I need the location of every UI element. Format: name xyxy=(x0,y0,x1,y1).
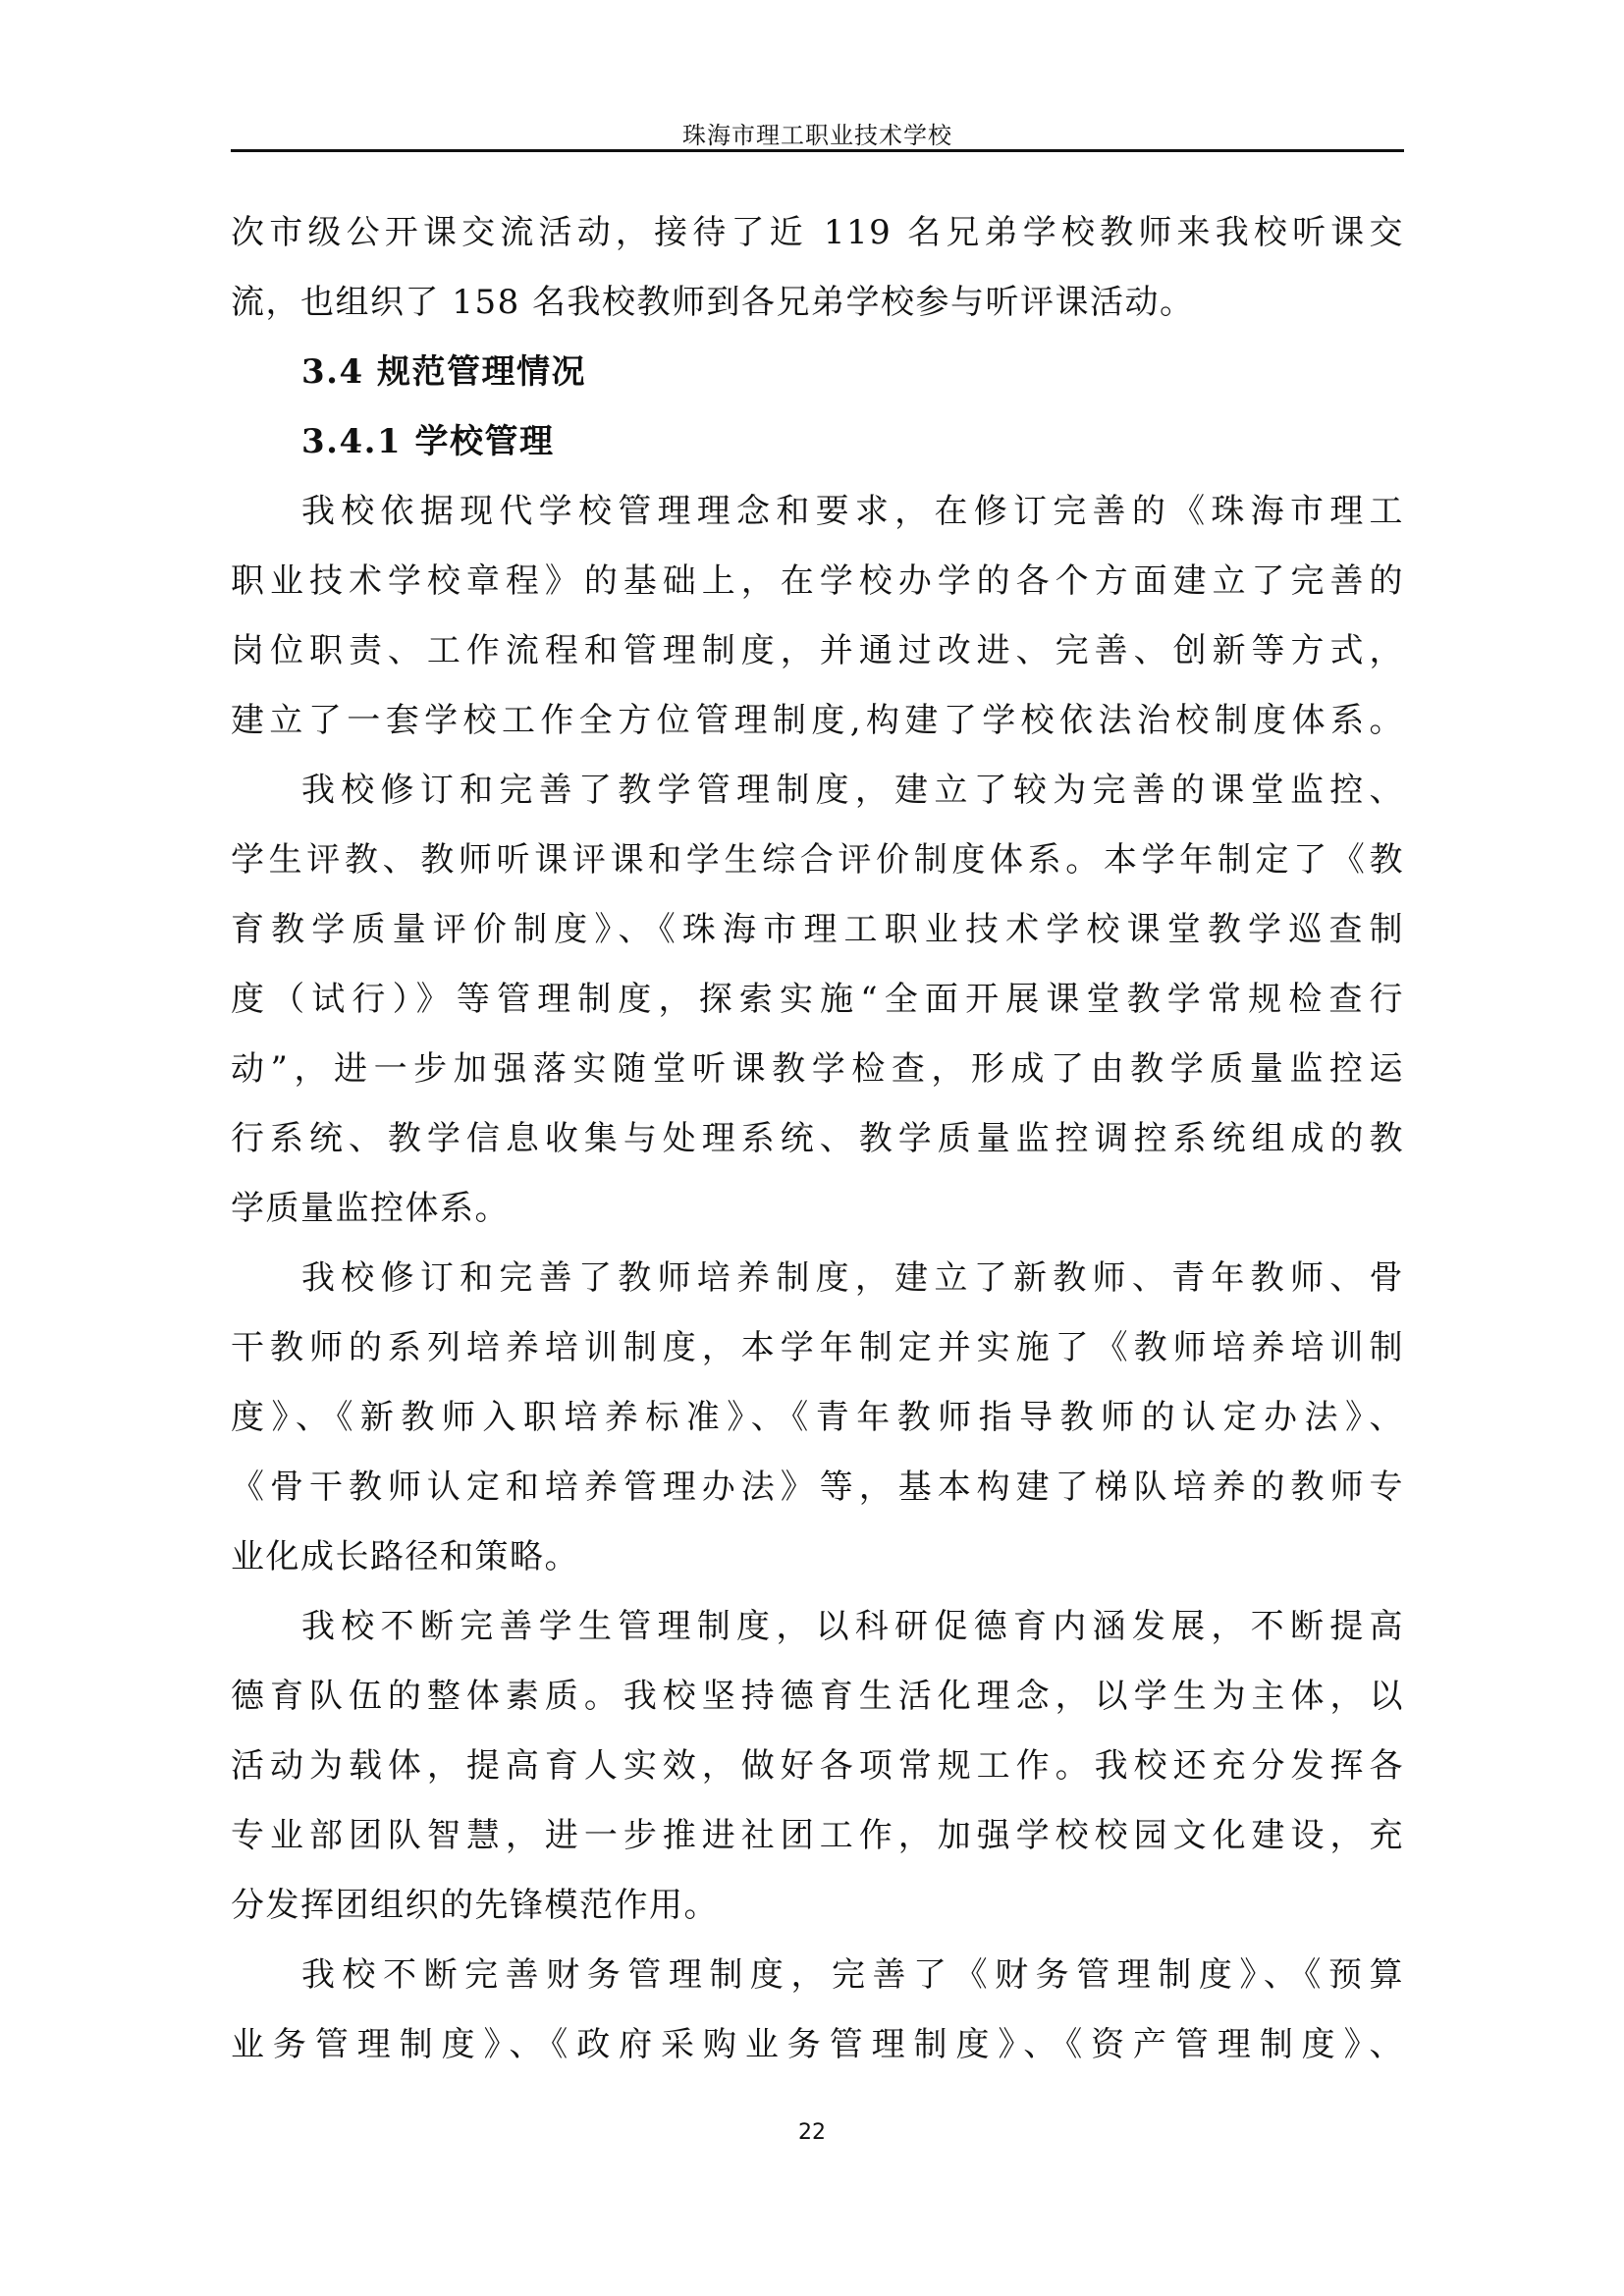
body-line: 德育队伍的整体素质。我校坚持德育生活化理念，以学生为主体，以 xyxy=(231,1662,1404,1732)
body-line: 职业技术学校章程》的基础上，在学校办学的各个方面建立了完善的 xyxy=(231,547,1404,616)
paragraph-school-management: 我校依据现代学校管理理念和要求，在修订完善的《珠海市理工 xyxy=(231,477,1404,547)
document-body: 次市级公开课交流活动，接待了近 119 名兄弟学校教师来我校听课交 流，也组织了… xyxy=(231,198,1404,2080)
page-number: 22 xyxy=(0,2120,1624,2145)
body-line: 业务管理制度》、《政府采购业务管理制度》、《资产管理制度》、 xyxy=(231,2010,1404,2080)
body-line: 岗位职责、工作流程和管理制度，并通过改进、完善、创新等方式， xyxy=(231,616,1404,686)
body-line: 专业部团队智慧，进一步推进社团工作，加强学校校园文化建设，充 xyxy=(231,1801,1404,1871)
paragraph-finance-management: 我校不断完善财务管理制度，完善了《财务管理制度》、《预算 xyxy=(231,1941,1404,2010)
paragraph-student-management: 我校不断完善学生管理制度，以科研促德育内涵发展，不断提高 xyxy=(231,1592,1404,1662)
body-line: 流，也组织了 158 名我校教师到各兄弟学校参与听评课活动。 xyxy=(231,268,1404,338)
subsection-heading-3-4-1: 3.4.1 学校管理 xyxy=(231,407,1404,477)
body-line: 学生评教、教师听课评课和学生综合评价制度体系。本学年制定了《教 xyxy=(231,826,1404,895)
body-line: 活动为载体，提高育人实效，做好各项常规工作。我校还充分发挥各 xyxy=(231,1732,1404,1801)
section-heading-3-4: 3.4 规范管理情况 xyxy=(231,338,1404,407)
body-line: 次市级公开课交流活动，接待了近 119 名兄弟学校教师来我校听课交 xyxy=(231,198,1404,268)
body-line: 建立了一套学校工作全方位管理制度,构建了学校依法治校制度体系。 xyxy=(231,686,1404,756)
body-line: 干教师的系列培养培训制度，本学年制定并实施了《教师培养培训制 xyxy=(231,1313,1404,1383)
body-line: 学质量监控体系。 xyxy=(231,1174,1404,1244)
body-line: 度》、《新教师入职培养标准》、《青年教师指导教师的认定办法》、 xyxy=(231,1383,1404,1453)
paragraph-teacher-training: 我校修订和完善了教师培养制度，建立了新教师、青年教师、骨 xyxy=(231,1244,1404,1313)
paragraph-teaching-management: 我校修订和完善了教学管理制度，建立了较为完善的课堂监控、 xyxy=(231,756,1404,826)
body-line: 业化成长路径和策略。 xyxy=(231,1522,1404,1592)
body-line: 度（试行）》等管理制度，探索实施“全面开展课堂教学常规检查行 xyxy=(231,965,1404,1035)
header-divider xyxy=(231,149,1404,152)
body-line: 《骨干教师认定和培养管理办法》等，基本构建了梯队培养的教师专 xyxy=(231,1453,1404,1522)
body-line: 行系统、教学信息收集与处理系统、教学质量监控调控系统组成的教 xyxy=(231,1104,1404,1174)
body-line: 育教学质量评价制度》、《珠海市理工职业技术学校课堂教学巡查制 xyxy=(231,895,1404,965)
running-header: 珠海市理工职业技术学校 xyxy=(231,116,1404,150)
body-line: 动”，进一步加强落实随堂听课教学检查，形成了由教学质量监控运 xyxy=(231,1035,1404,1104)
body-line: 分发挥团组织的先锋模范作用。 xyxy=(231,1871,1404,1941)
